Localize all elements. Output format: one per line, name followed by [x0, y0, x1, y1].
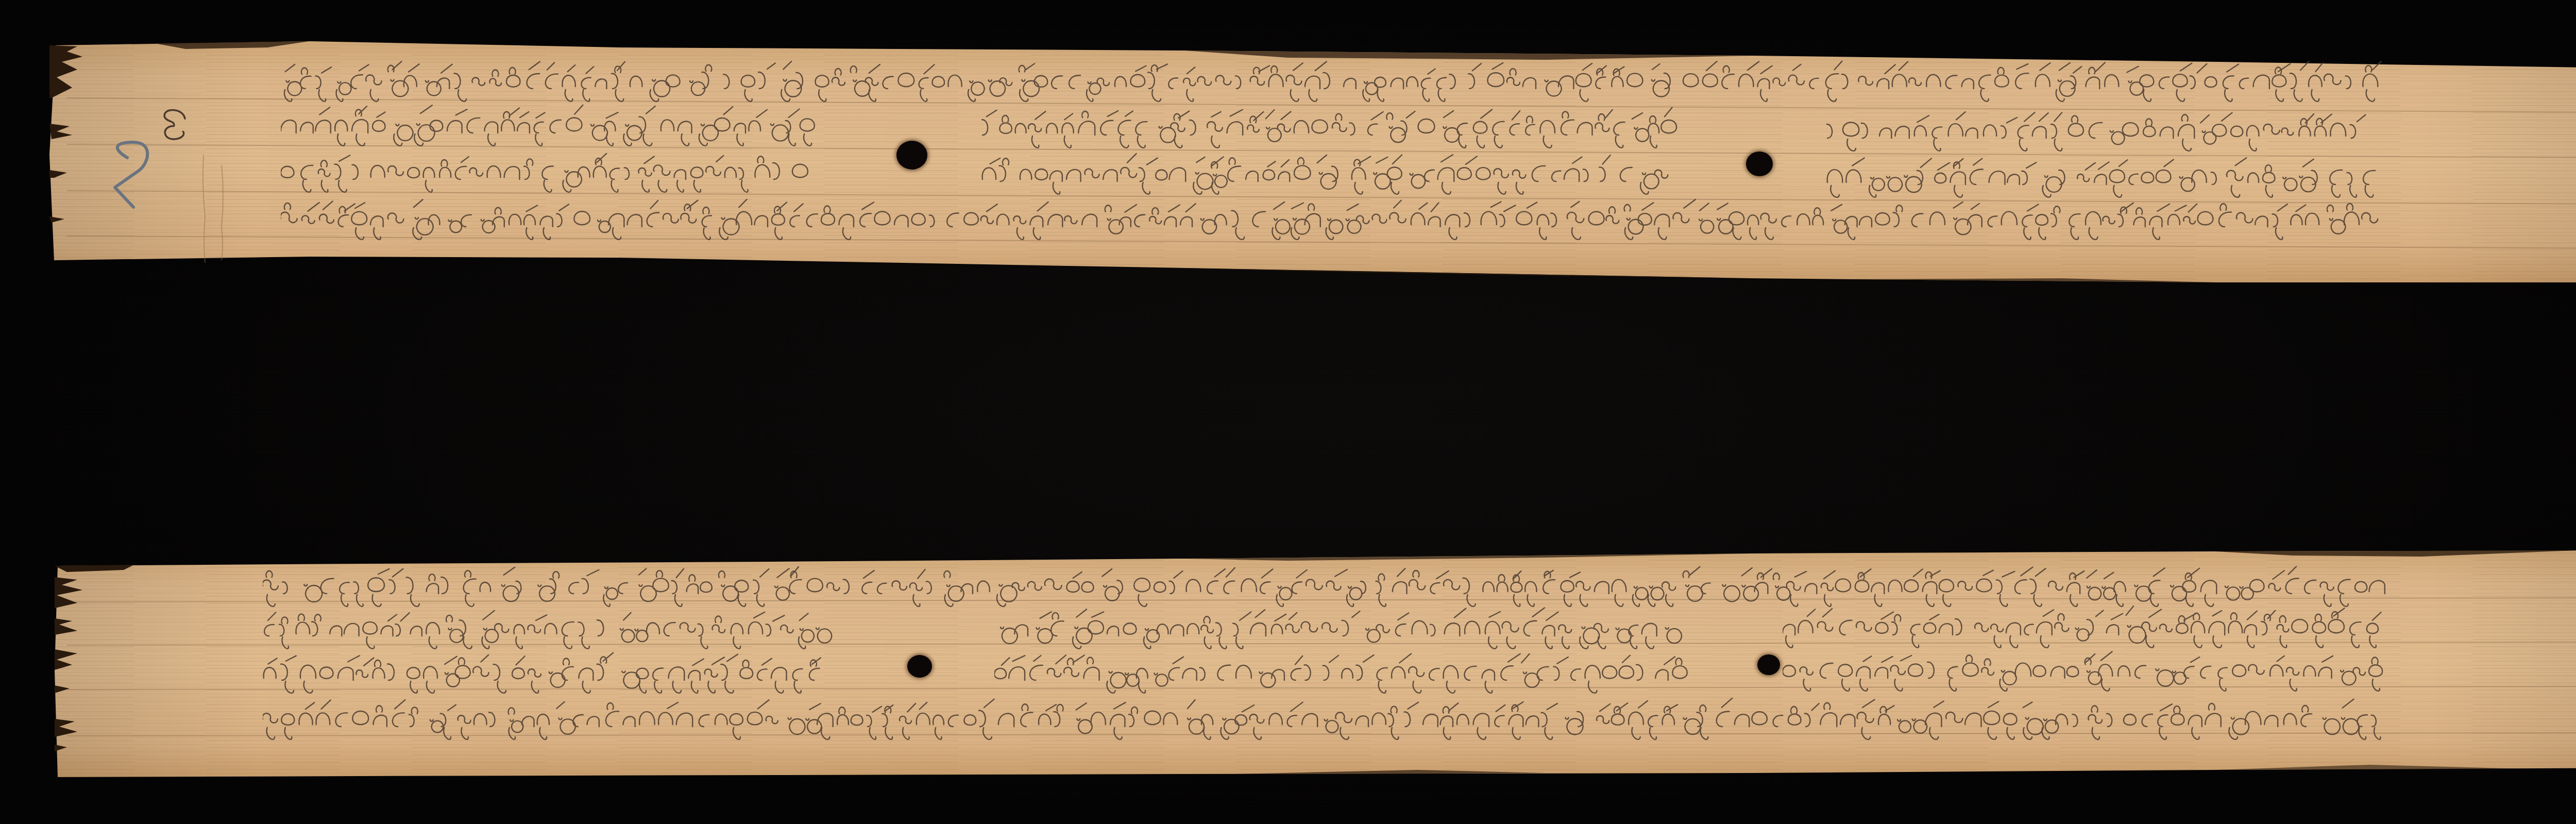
leaf-top-binding-hole-2	[1746, 152, 1773, 176]
section-letter-mark	[157, 106, 194, 152]
leaf-top-line-4-segment-1	[281, 195, 2380, 251]
leaf-bottom-binding-hole-2	[1757, 654, 1780, 675]
leaf-bottom-line-4-segment-1	[263, 695, 2388, 751]
leaf-top-binding-hole-1	[896, 141, 927, 170]
leaf-bottom-binding-hole-1	[907, 655, 932, 678]
